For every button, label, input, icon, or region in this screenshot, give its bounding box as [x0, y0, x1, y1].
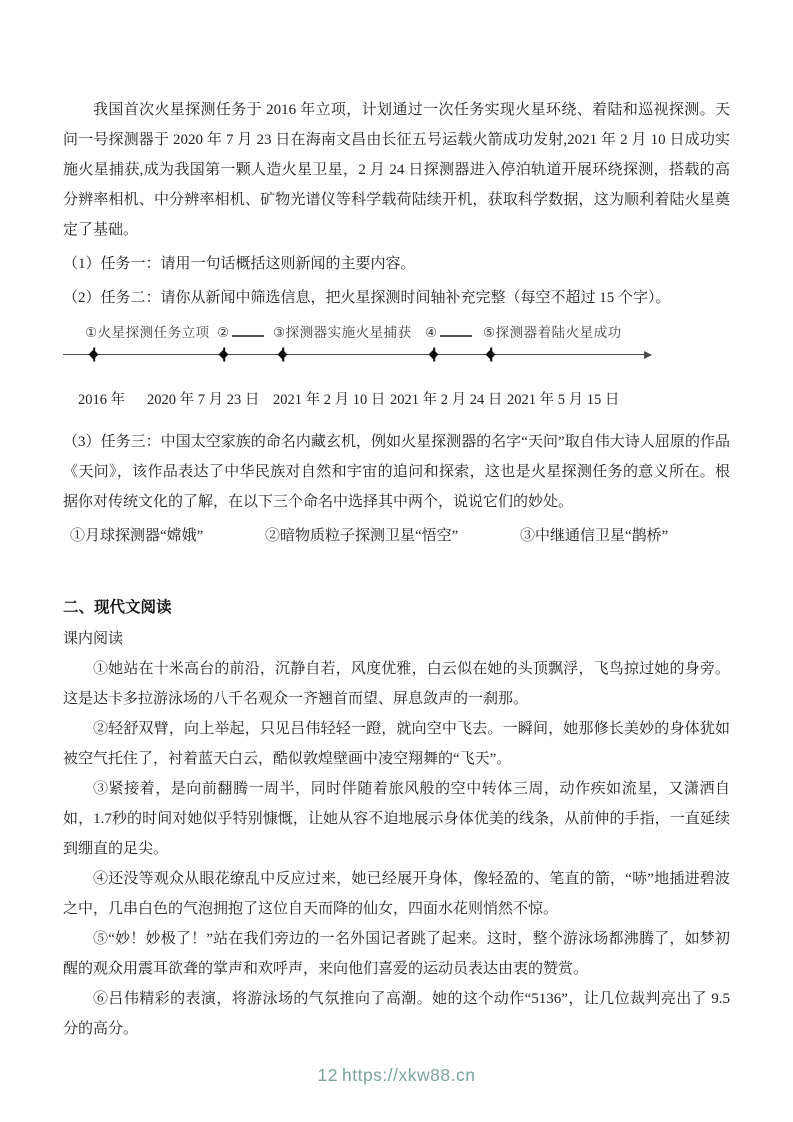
task-1-label: （1）任务一：请用一句话概括这则新闻的主要内容。 — [63, 249, 730, 279]
reading-paragraph-6: ⑥吕伟精彩的表演，将游泳场的气氛推向了高潮。她的这个动作“5136”，让几位裁判… — [63, 984, 730, 1044]
reading-paragraph-5: ⑤“妙！妙极了！”站在我们旁边的一名外国记者跳了起来。这时，整个游泳场都沸腾了，… — [63, 924, 730, 984]
timeline-axis-line — [63, 354, 645, 355]
site-url: https://xkw88.cn — [340, 1065, 477, 1085]
naming-option-1: ①月球探测器“嫦娥” — [70, 521, 203, 551]
timeline-event-2: ② — [217, 323, 264, 343]
timeline-event-3: ③探测器实施火星捕获 — [273, 323, 412, 343]
reading-paragraph-4: ④还没等观众从眼花缭乱中反应过来，她已经展开身体，像轻盈的、笔直的箭，“哧”地插… — [63, 864, 730, 924]
reading-paragraph-2: ②轻舒双臂，向上举起，只见吕伟轻轻一蹬，就向空中飞去。一瞬间，她那修长美妙的身体… — [63, 714, 730, 774]
document-page: 我国首次火星探测任务于 2016 年立项，计划通过一次任务实现火星环绕、着陆和巡… — [0, 0, 793, 1122]
naming-option-2: ②暗物质粒子探测卫星“悟空” — [265, 521, 458, 551]
reading-paragraph-1: ①她站在十米高台的前沿，沉静自若，风度优雅，白云似在她的头顶飘浮，飞鸟掠过她的身… — [63, 654, 730, 714]
naming-option-3: ③中继通信卫星“鹊桥” — [520, 521, 668, 551]
naming-options-row: ①月球探测器“嫦娥” ②暗物质粒子探测卫星“悟空” ③中继通信卫星“鹊桥” — [63, 521, 730, 551]
timeline-dot-5 — [486, 350, 496, 360]
reading-paragraph-3: ③紧接着，是向前翻腾一周半，同时伴随着旅风般的空中转体三周，动作疾如流星，又潇洒… — [63, 774, 730, 864]
timeline-dot-2 — [219, 350, 229, 360]
task-3-label: （3）任务三：中国太空家族的命名内藏玄机，例如火星探测器的名字“天问”取自伟大诗… — [63, 427, 730, 517]
section-heading: 二、现代文阅读 — [63, 593, 730, 623]
timeline-blank-2 — [232, 323, 264, 337]
mars-timeline: ①火星探测任务立项 ② ③探测器实施火星捕获 ④ ⑤探测器着陆火星成功 — [63, 323, 730, 371]
news-paragraph: 我国首次火星探测任务于 2016 年立项，计划通过一次任务实现火星环绕、着陆和巡… — [63, 95, 730, 245]
timeline-event-4: ④ — [425, 323, 472, 343]
timeline-blank-4 — [440, 323, 472, 337]
timeline-event-5: ⑤探测器着陆火星成功 — [483, 323, 622, 343]
timeline-arrow-icon — [644, 351, 652, 359]
subsection-label: 课内阅读 — [63, 624, 730, 654]
timeline-date-3: 2021 年 2 月 10 日 — [273, 385, 385, 415]
timeline-date-2: 2020 年 7 月 23 日 — [147, 385, 259, 415]
reading-passage: ①她站在十米高台的前沿，沉静自若，风度优雅，白云似在她的头顶飘浮，飞鸟掠过她的身… — [63, 654, 730, 1044]
task-2-label: （2）任务二：请你从新闻中筛选信息，把火星探测时间轴补充完整（每空不超过 15 … — [63, 283, 730, 313]
timeline-dot-4 — [429, 350, 439, 360]
timeline-date-5: 2021 年 5 月 15 日 — [507, 385, 619, 415]
timeline-dates-row: 2016 年 2020 年 7 月 23 日 2021 年 2 月 10 日 2… — [63, 385, 730, 415]
timeline-date-4: 2021 年 2 月 24 日 — [390, 385, 502, 415]
page-number: 12 — [316, 1065, 340, 1085]
timeline-event-2-number: ② — [217, 325, 230, 340]
timeline-event-1: ①火星探测任务立项 — [85, 323, 210, 343]
timeline-event-4-number: ④ — [425, 325, 438, 340]
timeline-dot-3 — [278, 350, 288, 360]
page-footer: 12https://xkw88.cn — [0, 1063, 793, 1087]
timeline-date-1: 2016 年 — [78, 385, 125, 415]
timeline-dot-1 — [89, 350, 99, 360]
